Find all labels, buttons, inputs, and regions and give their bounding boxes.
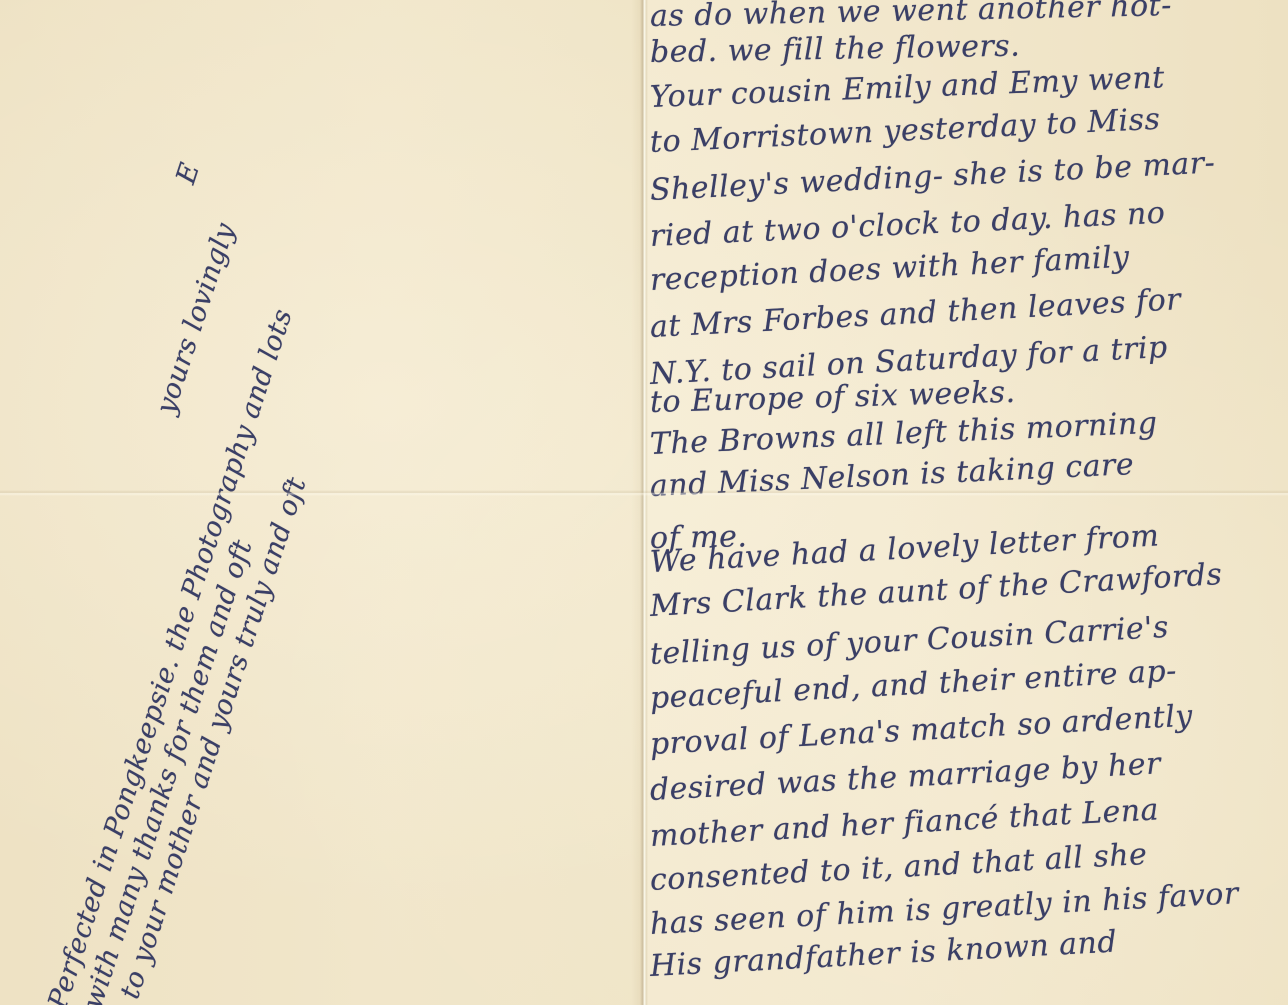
closing-line-5: E (172, 159, 204, 187)
letter-line: as do when we went another hot- (650, 0, 1172, 32)
letter-body: as do when we went another hot- bed. we … (650, 0, 1288, 1005)
vertical-fold-crease (640, 0, 648, 1005)
closing-line-4: yours lovingly (152, 220, 239, 417)
closing-text-block: Perfected in Pongkeepsie. the Photograph… (0, 0, 230, 1005)
left-page: Perfected in Pongkeepsie. the Photograph… (0, 0, 644, 1005)
closing-line-2: with many thanks for them and oft (79, 537, 256, 1005)
horizontal-fold-crease (0, 490, 1288, 496)
letter-spread: Perfected in Pongkeepsie. the Photograph… (0, 0, 1288, 1005)
letter-line: to Europe of six weeks. (650, 378, 1016, 418)
letter-line: bed. we fill the flowers. (650, 32, 1021, 68)
letter-line: to Morristown yesterday to Miss (649, 105, 1161, 158)
right-page: as do when we went another hot- bed. we … (646, 0, 1288, 1005)
